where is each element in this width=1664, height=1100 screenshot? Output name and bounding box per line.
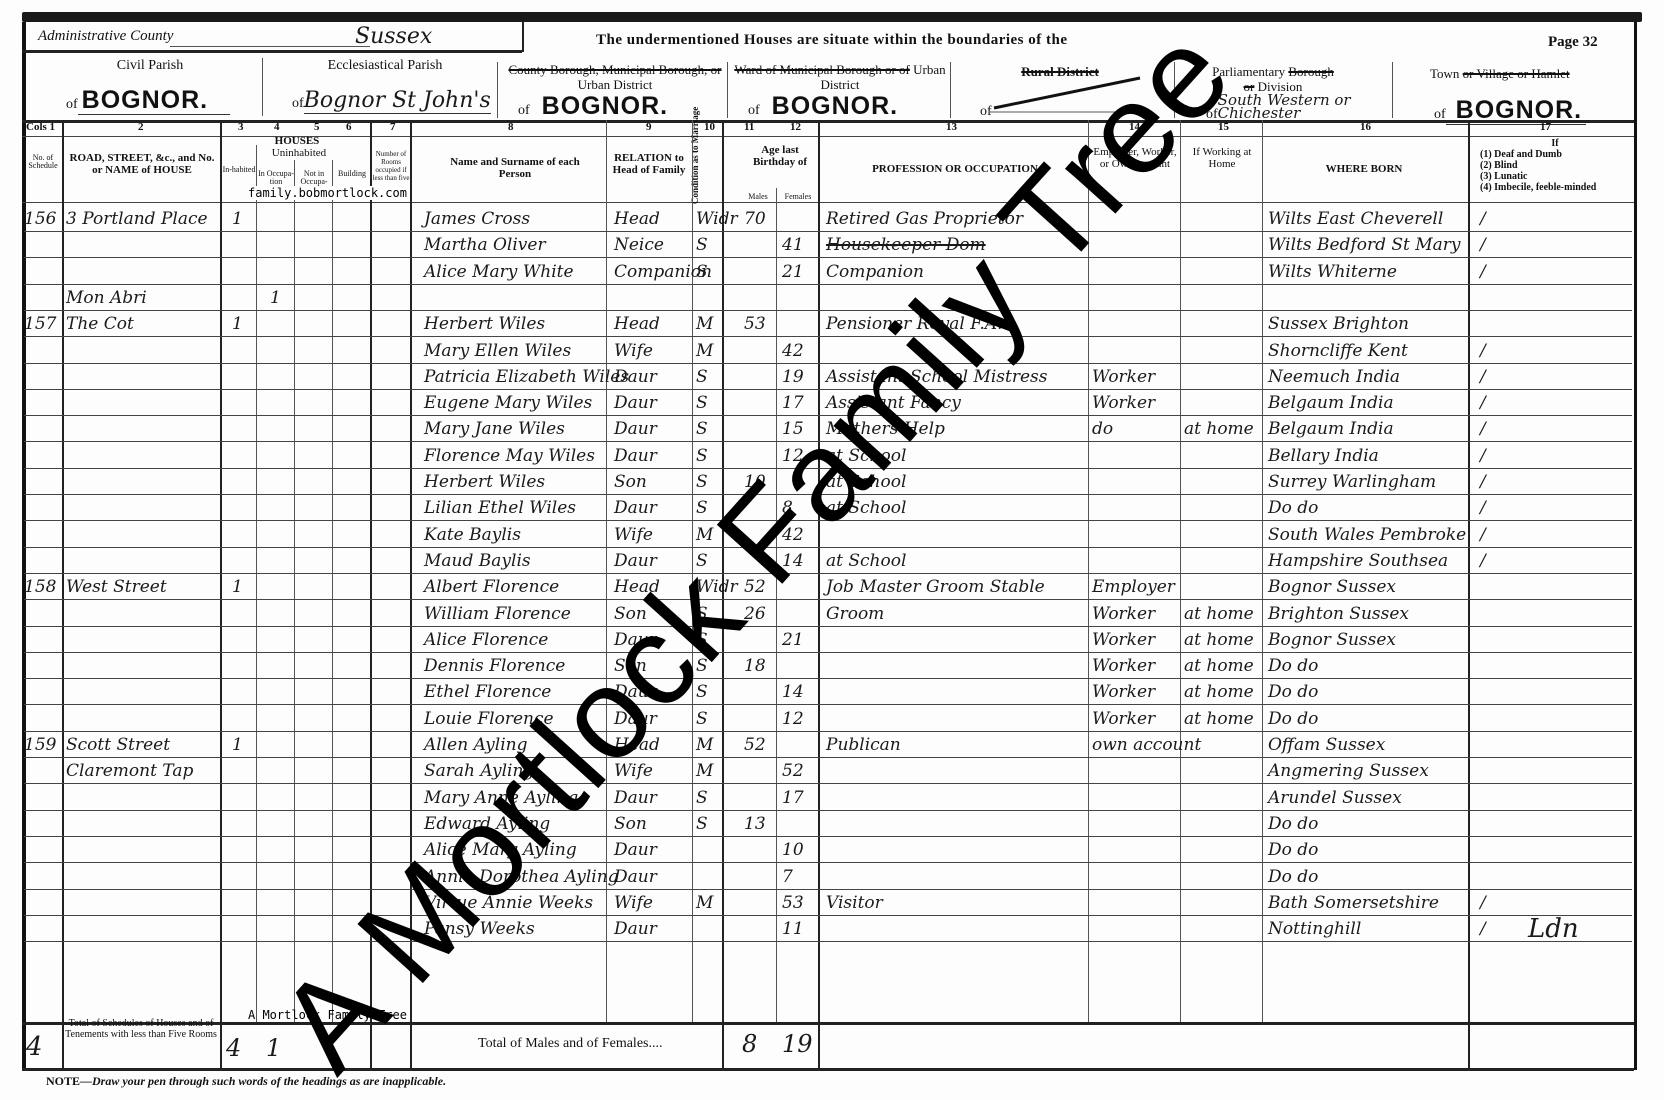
employer-cell: Worker [1092,364,1155,390]
employer-cell: Worker [1092,706,1155,732]
totals-rule [22,1022,1634,1025]
col-num-17: 17 [1540,121,1551,133]
note: NOTE—Draw your pen through such words of… [46,1074,446,1089]
employer-cell: Worker [1092,601,1155,627]
of-label: of [748,103,760,118]
where-born-cell: Wilts East Cheverell [1268,206,1443,232]
female-age-cell: 52 [782,758,804,784]
where-born-cell: Belgaum India [1268,390,1394,416]
female-age-cell: 10 [782,837,804,863]
infirmity-cell: / [1480,495,1486,521]
where-born-cell: Nottinghill [1268,916,1361,942]
female-age-cell: 7 [782,864,793,890]
table-row: 159Scott Street1Allen AylingHeadM52Publi… [0,732,1664,758]
name-cell: Florence May Wiles [424,443,595,469]
where-born-cell: Do do [1268,837,1318,863]
relation-cell: Daur [614,837,657,863]
header-uninhabited: Uninhabited [256,148,342,158]
town-struck: or Village or Hamlet [1463,66,1570,81]
name-cell: Alice Mary White [424,259,574,285]
col-num-11: 11 [744,121,754,133]
infirmity-cell: / [1480,469,1486,495]
working-home-cell: at home [1184,706,1254,732]
total-inhabited: 4 [226,1034,241,1062]
inhabited-cell: 1 [232,311,243,337]
ward: ofBOGNOR. [748,92,908,121]
header-name: Name and Surname of each Person [440,156,590,180]
relation-cell: Daur [614,916,657,942]
infirmity-cell: / [1480,259,1486,285]
table-row: Dennis FlorenceSonS18Workerat homeDo do [0,653,1664,679]
county-borough-value: BOGNOR. [530,92,678,121]
name-cell: Mary Jane Wiles [424,416,565,442]
female-age-cell: 11 [782,916,804,942]
condition-cell: S [696,259,708,285]
employer-cell: Worker [1092,653,1155,679]
where-born-cell: Surrey Warlingham [1268,469,1436,495]
header-infirmity: If (1) Deaf and Dumb (2) Blind (3) Lunat… [1480,138,1630,193]
occupation-cell: Groom [826,601,884,627]
relation-cell: Son [614,811,647,837]
male-age-cell: 53 [744,311,766,337]
infirmity-cell: / [1480,548,1486,574]
page-number: 32 [1583,34,1598,50]
female-age-cell: 42 [782,338,804,364]
relation-cell: Daur [614,443,657,469]
col-num-3: 3 [238,121,244,133]
infirmity-cell: / [1480,364,1486,390]
infirmity-1: (1) Deaf and Dumb [1480,149,1630,160]
county-borough-label: County Borough, Municipal Borough, or Ur… [500,62,730,92]
infirmity-cell: / [1480,338,1486,364]
name-cell: Albert Florence [424,574,559,600]
col-num-2: 2 [138,121,144,133]
employer-cell: Worker [1092,627,1155,653]
female-age-cell: 21 [782,627,804,653]
col-num-7: 7 [390,121,396,133]
census-page: Administrative County Sussex The underme… [0,0,1664,1100]
female-age-cell: 12 [782,706,804,732]
of-label: of [292,96,304,111]
town-text: Town [1430,66,1459,81]
total-females: 19 [782,1030,813,1058]
admin-county-value: Sussex [355,24,432,49]
header-divider [1392,62,1393,118]
relation-cell: Head [614,311,660,337]
male-age-cell: 13 [744,811,766,837]
table-top-rule [22,120,1634,123]
where-born-cell: Do do [1268,495,1318,521]
col-num-12: 12 [790,121,801,133]
where-born-cell: Bognor Sussex [1268,627,1396,653]
col-num-1: Cols 1 [26,121,55,133]
where-born-cell: Hampshire Southsea [1268,548,1448,574]
ward-value: BOGNOR. [760,92,908,121]
header-divider [262,58,263,116]
table-row: Alice FlorenceDaurS21Workerat homeBognor… [0,627,1664,653]
table-row: Edward AylingSonS13Do do [0,811,1664,837]
ward-label: Ward of Municipal Borough or of Urban Di… [730,62,950,92]
total-label: Total of Males and of Females.... [478,1036,662,1052]
where-born-cell: Do do [1268,706,1318,732]
header-relation: RELATION to Head of Family [606,152,692,176]
total-schedules-count: 4 [26,1032,43,1062]
civil-parish-value: BOGNOR. [78,86,230,115]
road-cell: Mon Abri [66,285,147,311]
table-row: Mon Abri1 [0,285,1664,311]
female-age-cell: 41 [782,232,804,258]
name-cell: James Cross [424,206,530,232]
ecclesiastical-parish: ofBognor St John's [292,88,491,113]
col-num-9: 9 [646,121,652,133]
infirmity-cell: / [1480,916,1486,942]
row-rule [24,941,1632,942]
female-age-cell: 53 [782,890,804,916]
ecclesiastical-parish-label: Ecclesiastical Parish [270,58,500,74]
infirmity-4: (4) Imbecile, feeble-minded [1480,182,1630,193]
table-row: Louie FlorenceDaurS12Workerat homeDo do [0,706,1664,732]
town-label: Town or Village or Hamlet [1430,66,1570,82]
table-row: Martha OliverNeiceS41Housekeeper DomWilt… [0,232,1664,258]
where-born-cell: Do do [1268,864,1318,890]
where-born-cell: Do do [1268,679,1318,705]
condition-cell: S [696,469,708,495]
name-cell: Herbert Wiles [424,311,545,337]
table-row: 157The Cot1Herbert WilesHeadM53Pensioner… [0,311,1664,337]
page-label: Page 32 [1548,34,1598,51]
col-num-4: 4 [274,121,280,133]
infirmity-cell: / [1480,206,1486,232]
header-in-occupation: In Occupa-tion [258,170,294,186]
where-born-cell: Do do [1268,811,1318,837]
title-rule [22,50,522,53]
header-rooms: Number of Rooms occupied if less than fi… [372,150,410,182]
admin-county-label: Administrative County [38,28,173,45]
table-row: Alice Mary AylingDaur10Do do [0,837,1664,863]
parliamentary-struck: Borough [1288,64,1334,79]
where-born-cell: Do do [1268,653,1318,679]
note-label: NOTE [46,1074,80,1088]
infirmity-cell: / [1480,416,1486,442]
condition-cell: M [696,338,713,364]
condition-cell: S [696,364,708,390]
relation-cell: Daur [614,864,657,890]
boundaries-text: The undermentioned Houses are situate wi… [596,32,1068,49]
employer-cell: Worker [1092,679,1155,705]
relation-cell: Son [614,469,647,495]
relation-cell: Wife [614,338,653,364]
name-cell: Kate Baylis [424,522,521,548]
col-num-10: 10 [704,121,715,133]
where-born-cell: Angmering Sussex [1268,758,1429,784]
occupation-cell: Publican [826,732,901,758]
county-borough: ofBOGNOR. [518,92,678,121]
total-schedules-label: Total of Schedules of Houses and of Tene… [62,1018,220,1040]
road-cell: 3 Portland Place [66,206,208,232]
where-born-cell: Arundel Sussex [1268,785,1402,811]
condition-cell: S [696,443,708,469]
total-males: 8 [742,1030,757,1058]
relation-cell: Wife [614,890,653,916]
table-row: Ethel FlorenceDaurS14Workerat homeDo do [0,679,1664,705]
table-row: 1563 Portland Place1James CrossHeadWidr7… [0,206,1664,232]
condition-cell: S [696,811,708,837]
header-divider [950,62,951,118]
name-cell: Lilian Ethel Wiles [424,495,576,521]
where-born-cell: Bognor Sussex [1268,574,1396,600]
relation-cell: Daur [614,390,657,416]
col-num-13: 13 [946,121,957,133]
watermark-url: family.bobmortlock.com [248,186,407,200]
schedule-cell: 156 [24,206,56,232]
header-males: Males [740,193,776,201]
female-age-cell: 17 [782,785,804,811]
road-cell: The Cot [66,311,134,337]
where-born-cell: Neemuch India [1268,364,1400,390]
infirmity-cell: / [1480,390,1486,416]
ward-struck: Ward of Municipal Borough or of [734,62,910,77]
col-num-8: 8 [508,121,514,133]
relation-cell: Wife [614,522,653,548]
name-cell: Maud Baylis [424,548,531,574]
where-born-cell: South Wales Pembroke [1268,522,1466,548]
schedule-cell: 157 [24,311,56,337]
where-born-cell: Sussex Brighton [1268,311,1409,337]
top-border [22,12,1642,22]
header-schedule: No. of Schedule [24,154,62,170]
name-cell: Eugene Mary Wiles [424,390,592,416]
inhabited-cell: 1 [232,574,243,600]
where-born-cell: Wilts Bedford St Mary [1268,232,1461,258]
relation-cell: Daur [614,364,657,390]
condition-cell: S [696,390,708,416]
table-row: Mary Anne AylingDaurS17Arundel Sussex [0,785,1664,811]
infirmity-cell: / [1480,232,1486,258]
col-num-16: 16 [1360,121,1371,133]
civil-parish: ofBOGNOR. [66,86,230,115]
bottom-rule [22,1068,1634,1071]
occupation-cell: Job Master Groom Stable [826,574,1045,600]
working-home-cell: at home [1184,416,1254,442]
inhabited-cell: 1 [232,732,243,758]
table-row: Claremont TapSarah AylingWifeM52Angmerin… [0,758,1664,784]
male-age-cell: 52 [744,732,766,758]
female-age-cell: 19 [782,364,804,390]
table-row: Alice Mary WhiteCompanionS21CompanionWil… [0,259,1664,285]
header-building: Building [334,170,370,178]
condition-cell: M [696,311,713,337]
employer-cell: Employer [1092,574,1175,600]
name-cell: Martha Oliver [424,232,546,258]
occupation-cell: Visitor [826,890,883,916]
road-cell: West Street [66,574,167,600]
relation-cell: Daur [614,495,657,521]
admin-county-underline [170,46,370,47]
title-divider [522,22,524,52]
condition-cell: M [696,732,713,758]
employer-cell: do [1092,416,1113,442]
where-born-cell: Offam Sussex [1268,732,1385,758]
civil-parish-label: Civil Parish [40,58,260,74]
female-age-cell: 21 [782,259,804,285]
table-row: Virtue Annie WeeksWifeM53VisitorBath Som… [0,890,1664,916]
header-divider [497,62,498,118]
col-num-6: 6 [346,121,352,133]
note-text: —Draw your pen through such words of the… [80,1074,446,1088]
header-divider [727,62,728,118]
where-born-cell: Belgaum India [1268,416,1394,442]
name-cell: Mary Ellen Wiles [424,338,571,364]
where-born-cell: Wilts Whiterne [1268,259,1397,285]
table-row: William FlorenceSonS26GroomWorkerat home… [0,601,1664,627]
infirmity-cell: / [1480,522,1486,548]
working-home-cell: at home [1184,601,1254,627]
road-cell: Scott Street [66,732,170,758]
infirmity-3: (3) Lunatic [1480,171,1630,182]
infirmity-note: Ldn [1528,914,1579,944]
uninhabited-cell: 1 [270,285,281,311]
relation-cell: Neice [614,232,664,258]
working-home-cell: at home [1184,627,1254,653]
header-females: Females [778,193,818,201]
infirmity-cell: / [1480,890,1486,916]
where-born-cell: Bellary India [1268,443,1379,469]
of-label: of [518,103,530,118]
condition-cell: M [696,890,713,916]
table-row: 158West Street1Albert FlorenceHeadWidr52… [0,574,1664,600]
where-born-cell: Brighton Sussex [1268,601,1409,627]
page-label-text: Page [1548,34,1579,50]
ecclesiastical-parish-value: Bognor St John's [304,88,491,114]
header-bottom-rule [22,202,1634,203]
schedule-cell: 158 [24,574,56,600]
table-row: Pansy WeeksDaur11Nottinghill/ [0,916,1664,942]
condition-cell: S [696,232,708,258]
where-born-cell: Bath Somersetshire [1268,890,1439,916]
total-uninhabited: 1 [266,1034,281,1062]
header-road: ROAD, STREET, &c., and No. or NAME of HO… [64,152,220,176]
where-born-cell: Shorncliffe Kent [1268,338,1408,364]
inhabited-cell: 1 [232,206,243,232]
condition-cell: M [696,758,713,784]
female-age-cell: 14 [782,679,804,705]
working-home-cell: at home [1184,653,1254,679]
infirmity-cell: / [1480,443,1486,469]
male-age-cell: 70 [744,206,766,232]
county-borough-text: Urban District [578,77,653,92]
employer-cell: Worker [1092,390,1155,416]
header-age: Age last Birthday of [740,144,820,168]
employer-cell: own account [1092,732,1201,758]
header-inhabited: In-habited [222,166,256,174]
infirmity-2: (2) Blind [1480,160,1630,171]
county-borough-struck: County Borough, Municipal Borough, or [508,62,721,77]
header-houses: HOUSES [222,136,372,146]
name-cell: Herbert Wiles [424,469,545,495]
of-label: of [66,97,78,112]
name-cell: William Florence [424,601,571,627]
working-home-cell: at home [1184,679,1254,705]
table-row: Annie Dorothea AylingDaur7Do do [0,864,1664,890]
condition-cell: S [696,416,708,442]
condition-cell: S [696,785,708,811]
road-cell: Claremont Tap [66,758,193,784]
col-num-5: 5 [314,121,320,133]
name-cell: Alice Florence [424,627,548,653]
name-cell: Patricia Elizabeth Wiles [424,364,629,390]
condition-cell: Widr [696,206,738,232]
relation-cell: Head [614,206,660,232]
relation-cell: Daur [614,416,657,442]
header-where-born: WHERE BORN [1264,164,1464,174]
schedule-cell: 159 [24,732,56,758]
infirmity-if: If [1480,138,1630,149]
